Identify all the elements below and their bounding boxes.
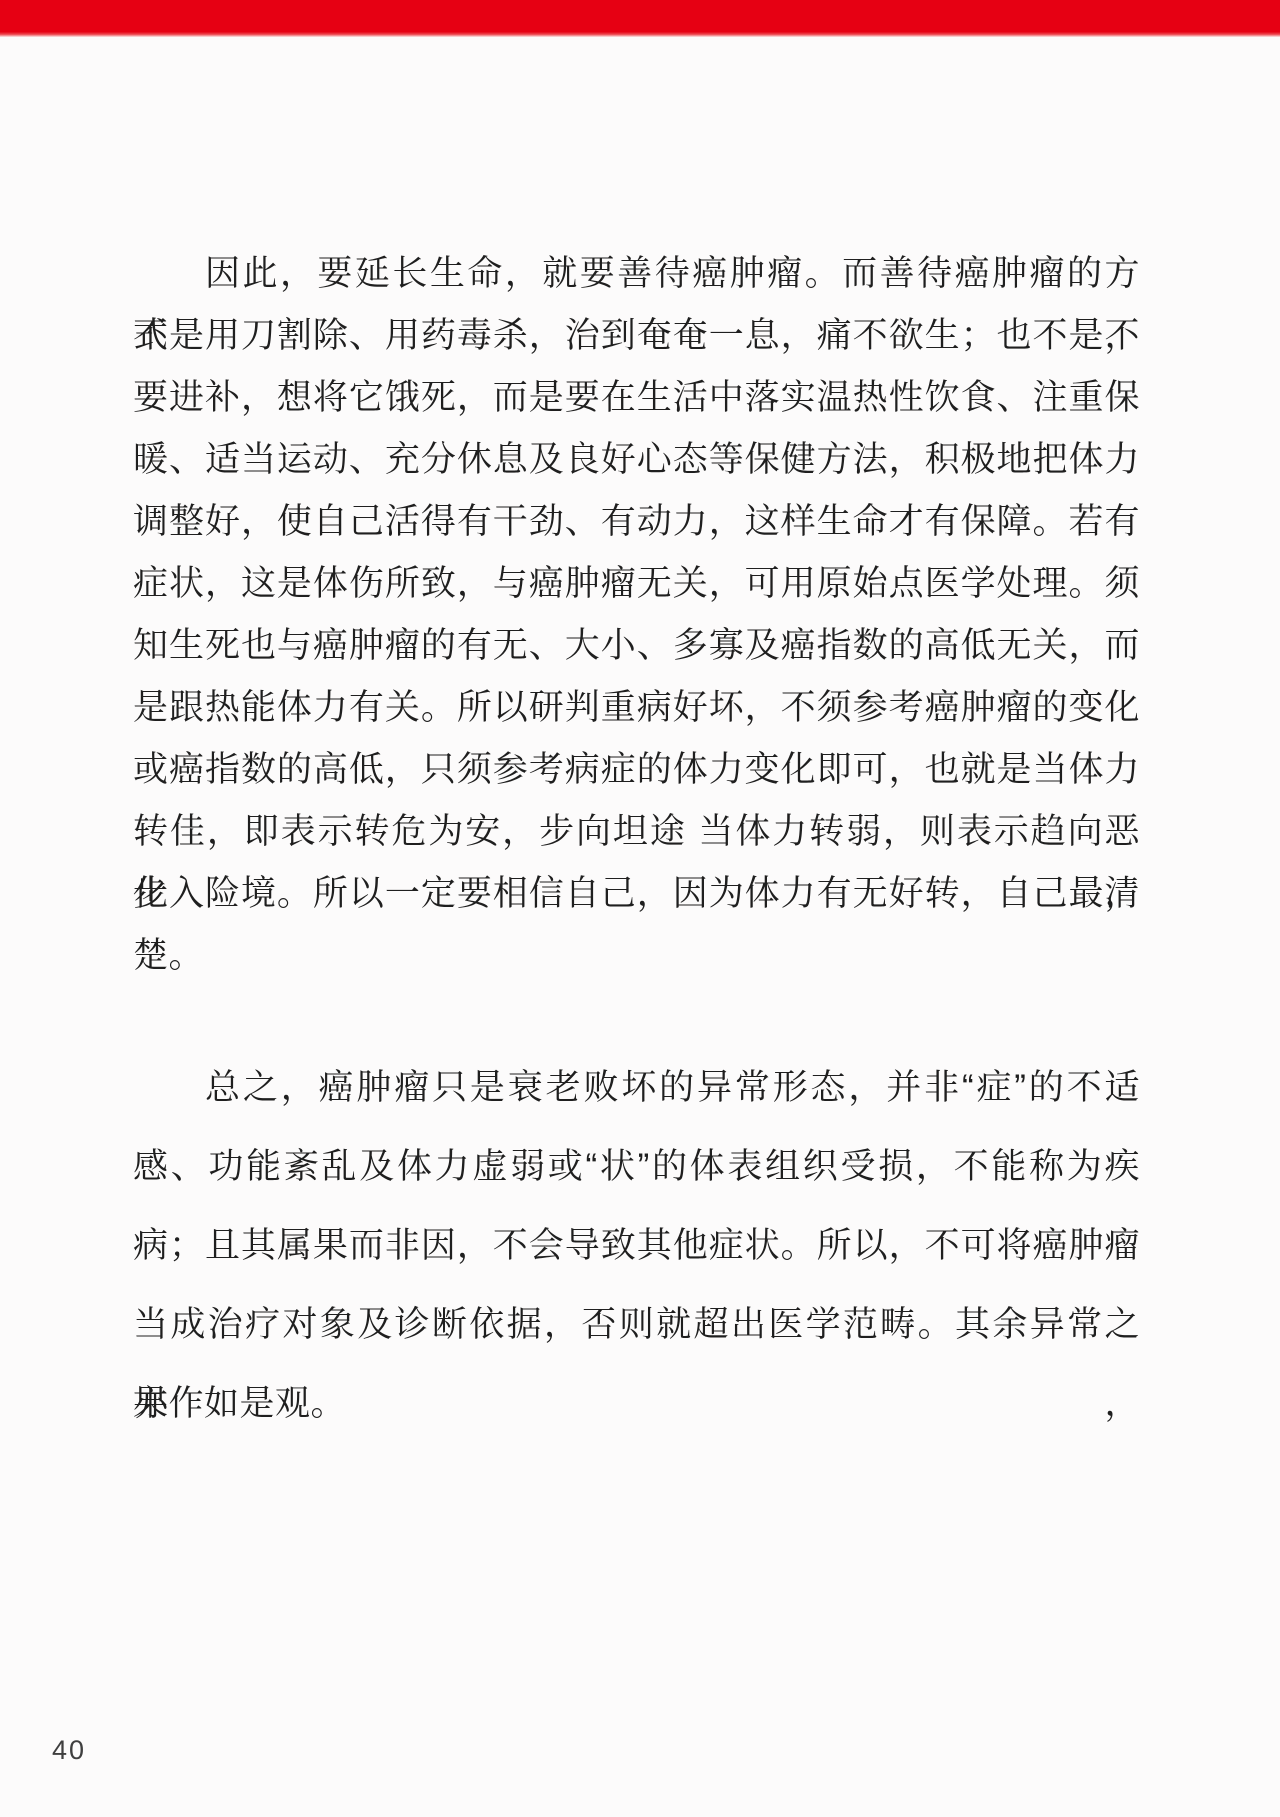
paragraph-line: 知生死也与癌肿瘤的有无、大小、多寡及癌指数的高低无关，而	[133, 615, 1140, 677]
paragraph-line: 调整好，使自己活得有干劲、有动力，这样生命才有保障。若有	[133, 491, 1140, 553]
paragraph-line: 总之，癌肿瘤只是衰老败坏的异常形态，并非“症”的不适	[133, 1048, 1140, 1127]
paragraph-1: 因此，要延长生命，就要善待癌肿瘤。而善待癌肿瘤的方式， 不是用刀割除、用药毒杀，…	[133, 243, 1140, 987]
paragraph-line: 步入险境。所以一定要相信自己，因为体力有无好转，自己最清	[133, 863, 1140, 925]
paragraph-line: 暖、适当运动、充分休息及良好心态等保健方法，积极地把体力	[133, 429, 1140, 491]
paragraph-line: 要进补，想将它饿死，而是要在生活中落实温热性饮食、注重保	[133, 367, 1140, 429]
paragraph-line: 病；且其属果而非因，不会导致其他症状。所以，不可将癌肿瘤	[133, 1206, 1140, 1285]
paragraph-line: 因此，要延长生命，就要善待癌肿瘤。而善待癌肿瘤的方式，	[133, 243, 1140, 305]
paragraph-line: 转佳，即表示转危为安，步向坦途 当体力转弱，则表示趋向恶化，	[133, 801, 1140, 863]
paragraph-line: 当成治疗对象及诊断依据，否则就超出医学范畴。其余异常之果，	[133, 1285, 1140, 1364]
header-bar	[0, 0, 1280, 37]
page-number: 40	[52, 1735, 86, 1766]
paragraph-line: 症状，这是体伤所致，与癌肿瘤无关，可用原始点医学处理。须	[133, 553, 1140, 615]
paragraph-line: 感、功能紊乱及体力虚弱或“状”的体表组织受损，不能称为疾	[133, 1127, 1140, 1206]
page: { "page": { "header_color": "#e60013", "…	[0, 0, 1280, 1817]
paragraph-2: 总之，癌肿瘤只是衰老败坏的异常形态，并非“症”的不适 感、功能紊乱及体力虚弱或“…	[133, 1048, 1140, 1443]
paragraph-line: 楚。	[133, 925, 1140, 987]
paragraph-line: 是跟热能体力有关。所以研判重病好坏，不须参考癌肿瘤的变化	[133, 677, 1140, 739]
paragraph-line: 或癌指数的高低，只须参考病症的体力变化即可，也就是当体力	[133, 739, 1140, 801]
paragraph-line: 不是用刀割除、用药毒杀，治到奄奄一息，痛不欲生；也不是不	[133, 305, 1140, 367]
